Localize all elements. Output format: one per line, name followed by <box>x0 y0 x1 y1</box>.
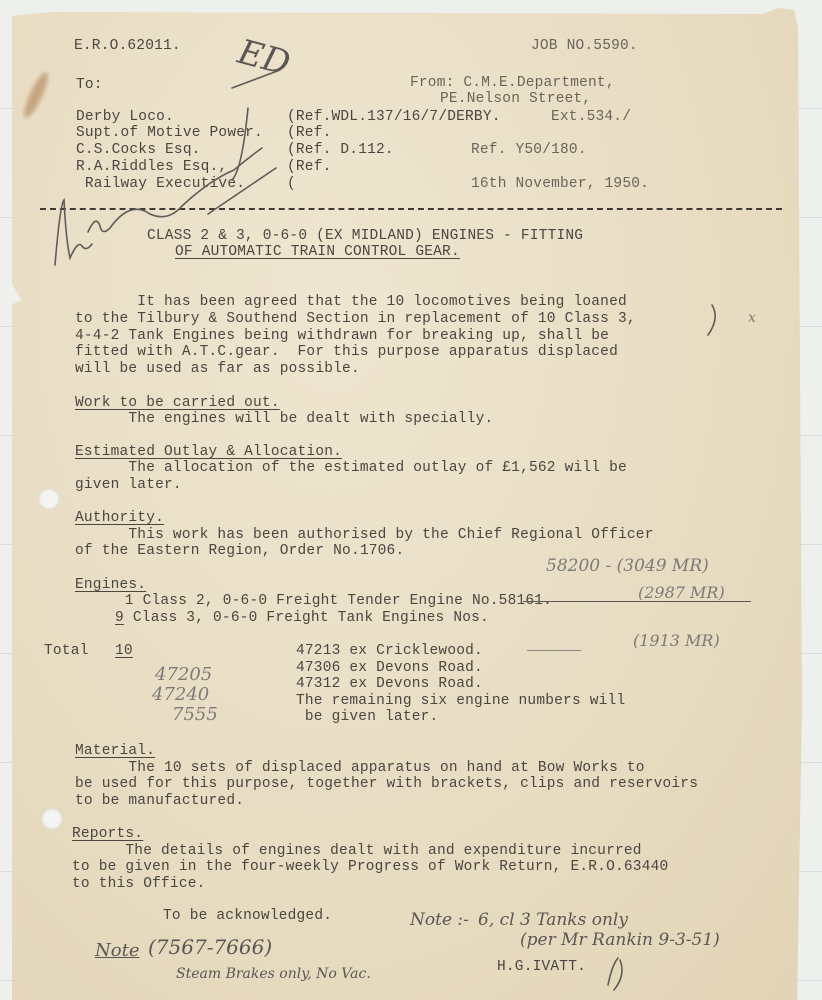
pen-strokes <box>0 0 822 1000</box>
